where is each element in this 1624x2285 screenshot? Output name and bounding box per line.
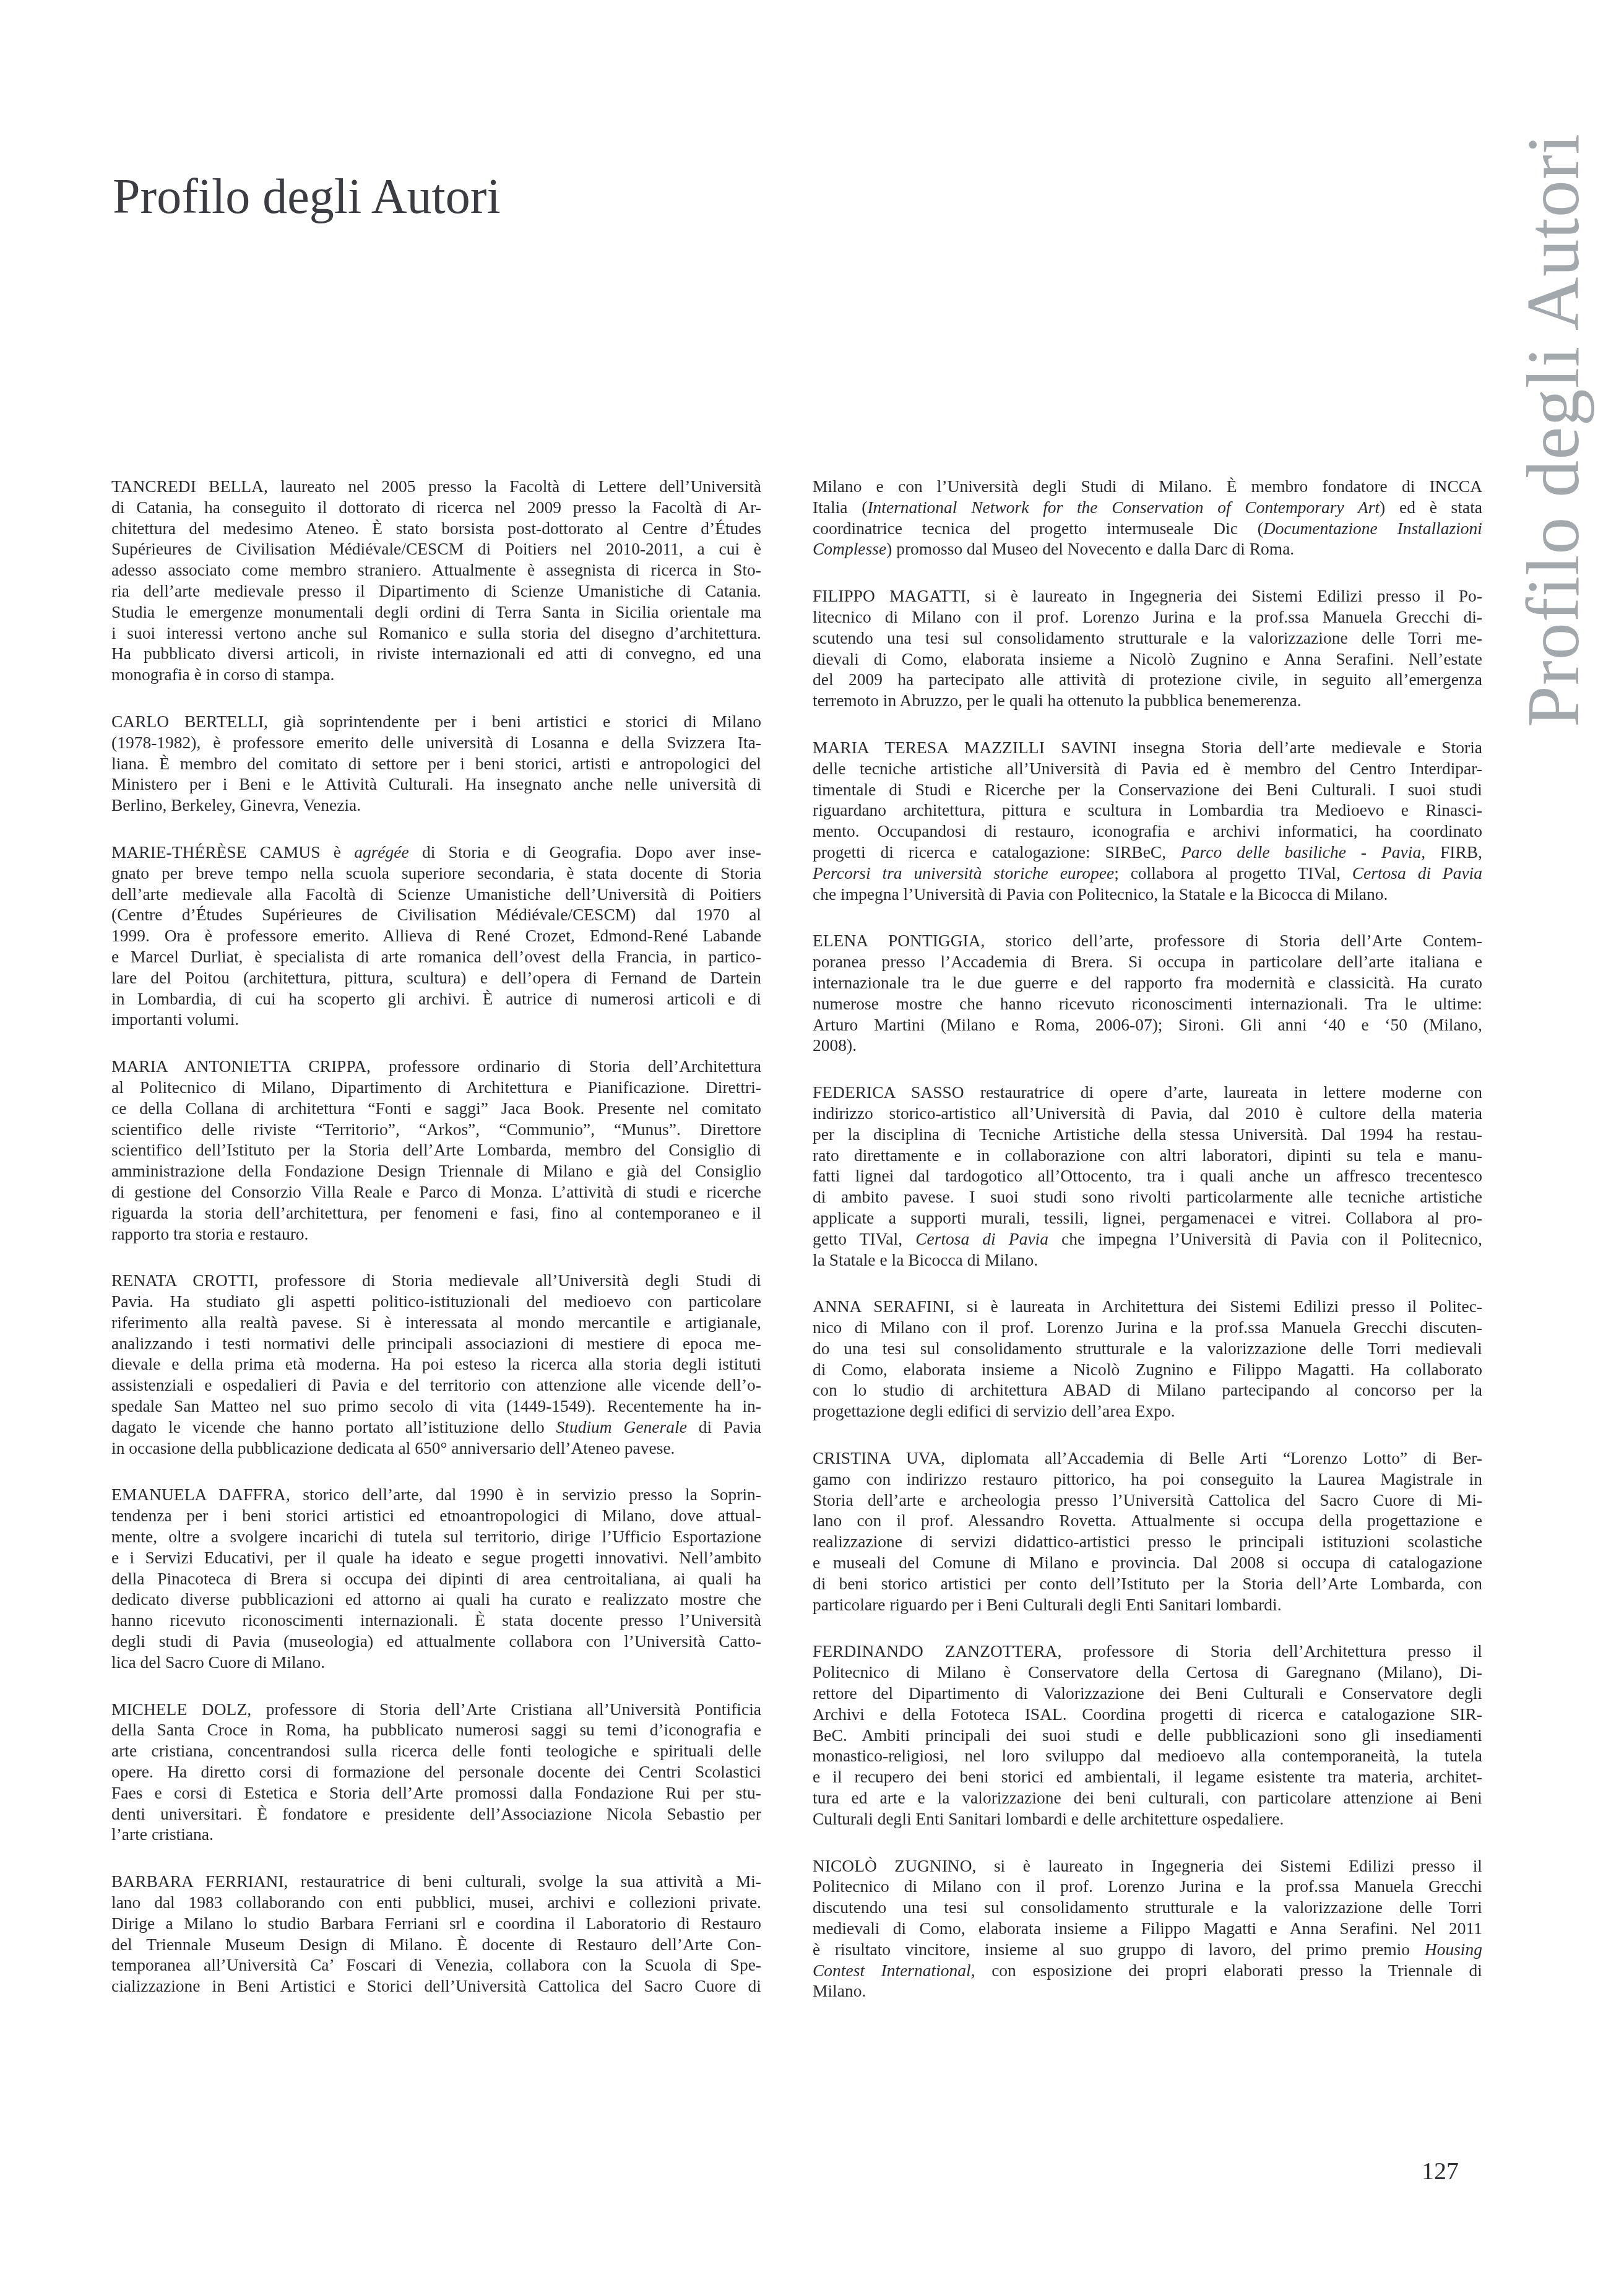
bio-line: adesso associato come membro straniero. … — [111, 559, 761, 581]
bio-line: gnato per breve tempo nella scuola super… — [111, 863, 761, 884]
author-bio: ELENA PONTIGGIA, storico dell’arte, prof… — [813, 930, 1482, 1056]
bio-line: Studia le emergenze monumentali degli or… — [111, 602, 761, 623]
bio-line: medievali di Como, elaborata insieme a F… — [813, 1918, 1482, 1939]
bio-line: la Statale e la Bicocca di Milano. — [813, 1250, 1482, 1271]
bio-line: Arturo Martini (Milano e Roma, 2006-07);… — [813, 1014, 1482, 1035]
bio-line: i suoi interessi vertono anche sul Roman… — [111, 623, 761, 644]
bio-line: MARIE-THÉRÈSE CAMUS è agrégée di Storia … — [111, 842, 761, 863]
bio-line: indirizzo storico-artistico all’Universi… — [813, 1103, 1482, 1124]
bio-line: arte cristiana, concentrandosi sulla ric… — [111, 1740, 761, 1761]
author-bio: MARIA ANTONIETTA CRIPPA, professore ordi… — [111, 1056, 761, 1244]
left-column: TANCREDI BELLA, laureato nel 2005 presso… — [111, 476, 761, 2023]
bio-line: dagato le vicende che hanno portato all’… — [111, 1417, 761, 1438]
bio-line: Politecnico di Milano con il prof. Loren… — [813, 1876, 1482, 1897]
bio-line: l’arte cristiana. — [111, 1824, 761, 1845]
bio-line: Ha pubblicato diversi articoli, in rivis… — [111, 643, 761, 664]
author-bio: ANNA SERAFINI, si è laureata in Architet… — [813, 1296, 1482, 1422]
bio-line: gamo con indirizzo restauro pittorico, h… — [813, 1469, 1482, 1490]
bio-line: Complesse) promosso dal Museo del Novece… — [813, 538, 1482, 559]
bio-line: degli studi di Pavia (museologia) ed att… — [111, 1631, 761, 1652]
bio-line: ce della Collana di architettura “Fonti … — [111, 1098, 761, 1119]
author-bio: MARIE-THÉRÈSE CAMUS è agrégée di Storia … — [111, 842, 761, 1030]
bio-line: che impegna l’Università di Pavia con Po… — [813, 884, 1482, 905]
bio-line: discutendo una tesi sul consolidamento s… — [813, 1897, 1482, 1918]
bio-line: temporanea all’Università Ca’ Foscari di… — [111, 1955, 761, 1976]
bio-line: liana. È membro del comitato di settore … — [111, 753, 761, 774]
bio-line: Faes e corsi di Estetica e Storia dell’A… — [111, 1782, 761, 1803]
bio-line: 2008). — [813, 1035, 1482, 1056]
bio-line: del 2009 ha partecipato alle attività di… — [813, 669, 1482, 690]
bio-line: RENATA CROTTI, professore di Storia medi… — [111, 1270, 761, 1291]
bio-line: con lo studio di architettura ABAD di Mi… — [813, 1380, 1482, 1401]
author-bio: EMANUELA DAFFRA, storico dell’arte, dal … — [111, 1484, 761, 1672]
author-bio: RENATA CROTTI, professore di Storia medi… — [111, 1270, 761, 1458]
bio-line: chitettura del medesimo Ateneo. È stato … — [111, 518, 761, 539]
bio-line: importanti volumi. — [111, 1009, 761, 1030]
bio-line: Politecnico di Milano è Conservatore del… — [813, 1662, 1482, 1683]
bio-line: lano dal 1983 collaborando con enti pubb… — [111, 1892, 761, 1913]
bio-line: EMANUELA DAFFRA, storico dell’arte, dal … — [111, 1484, 761, 1505]
bio-line: FEDERICA SASSO restauratrice di opere d’… — [813, 1082, 1482, 1103]
author-bio: FERDINANDO ZANZOTTERA, professore di Sto… — [813, 1641, 1482, 1829]
bio-line: TANCREDI BELLA, laureato nel 2005 presso… — [111, 476, 761, 497]
bio-line: CRISTINA UVA, diplomata all’Accademia di… — [813, 1448, 1482, 1469]
bio-line: Culturali degli Enti Sanitari lombardi e… — [813, 1808, 1482, 1829]
bio-line: fatti lignei dal tardogotico all’Ottocen… — [813, 1165, 1482, 1186]
bio-line: spedale San Matteo nel suo primo secolo … — [111, 1396, 761, 1417]
bio-line: delle tecniche artistiche all’Università… — [813, 758, 1482, 779]
bio-line: mento. Occupandosi di restauro, iconogra… — [813, 821, 1482, 842]
bio-line: hanno ricevuto riconoscimenti internazio… — [111, 1610, 761, 1631]
bio-line: particolare riguardo per i Beni Cultural… — [813, 1594, 1482, 1615]
bio-line: tura ed arte e la valorizzazione dei ben… — [813, 1787, 1482, 1808]
bio-line: progettazione degli edifici di servizio … — [813, 1401, 1482, 1422]
bio-line: assistenziali e ospedalieri di Pavia e d… — [111, 1375, 761, 1396]
bio-line: realizzazione di servizi didattico-artis… — [813, 1531, 1482, 1552]
bio-line: riguardano architettura, pittura e scult… — [813, 800, 1482, 821]
bio-line: analizzando i testi normativi delle prin… — [111, 1333, 761, 1354]
bio-line: Contest International, con esposizione d… — [813, 1960, 1482, 1981]
right-column: Milano e con l’Università degli Studi di… — [813, 476, 1482, 2028]
bio-line: Supérieures de Civilisation Médiévale/CE… — [111, 538, 761, 559]
side-running-title: Profilo degli Autori — [1507, 207, 1600, 727]
bio-line: BARBARA FERRIANI, restauratrice di beni … — [111, 1871, 761, 1892]
bio-line: rettore del Dipartimento di Valorizzazio… — [813, 1683, 1482, 1704]
bio-line: internazionale tra le due guerre e del r… — [813, 972, 1482, 993]
bio-line: mente, oltre a svolgere incarichi di tut… — [111, 1526, 761, 1547]
bio-line: getto TIVal, Certosa di Pavia che impegn… — [813, 1229, 1482, 1250]
bio-line: nico di Milano con il prof. Lorenzo Juri… — [813, 1317, 1482, 1338]
bio-line: terremoto in Abruzzo, per le quali ha ot… — [813, 690, 1482, 711]
bio-line: della Pinacoteca di Brera si occupa dei … — [111, 1568, 761, 1589]
bio-line: Dirige a Milano lo studio Barbara Ferria… — [111, 1913, 761, 1934]
bio-line: amministrazione della Fondazione Design … — [111, 1160, 761, 1181]
bio-line: litecnico di Milano con il prof. Lorenzo… — [813, 607, 1482, 628]
bio-line: di Como, elaborata insieme a Nicolò Zugn… — [813, 1359, 1482, 1380]
bio-line: dedicato diverse pubblicazioni ed attorn… — [111, 1589, 761, 1610]
bio-line: lano con il prof. Alessandro Rovetta. At… — [813, 1510, 1482, 1531]
bio-line: CARLO BERTELLI, già soprintendente per i… — [111, 711, 761, 732]
bio-line: Berlino, Berkeley, Ginevra, Venezia. — [111, 795, 761, 816]
bio-line: NICOLÒ ZUGNINO, si è laureato in Ingegne… — [813, 1855, 1482, 1877]
bio-line: di ambito pavese. I suoi studi sono rivo… — [813, 1186, 1482, 1207]
page-title: Profilo degli Autori — [113, 172, 501, 222]
bio-line: di gestione del Consorzio Villa Reale e … — [111, 1181, 761, 1203]
bio-line: scientifico dell’Istituto per la Storia … — [111, 1139, 761, 1160]
bio-line: Archivi e della Fototeca ISAL. Coordina … — [813, 1704, 1482, 1725]
bio-line: Italia (International Network for the Co… — [813, 497, 1482, 518]
bio-line: applicate a supporti murali, tessili, li… — [813, 1207, 1482, 1229]
bio-line: poranea presso l’Accademia di Brera. Si … — [813, 951, 1482, 972]
bio-line: ANNA SERAFINI, si è laureata in Architet… — [813, 1296, 1482, 1317]
bio-line: monastico-religiosi, nel loro sviluppo d… — [813, 1745, 1482, 1766]
bio-line: MARIA ANTONIETTA CRIPPA, professore ordi… — [111, 1056, 761, 1077]
author-bio: FILIPPO MAGATTI, si è laureato in Ingegn… — [813, 585, 1482, 711]
bio-line: coordinatrice tecnica del progetto inter… — [813, 518, 1482, 539]
bio-line: in occasione della pubblicazione dedicat… — [111, 1438, 761, 1459]
author-bio: TANCREDI BELLA, laureato nel 2005 presso… — [111, 476, 761, 685]
author-bio: Milano e con l’Università degli Studi di… — [813, 476, 1482, 559]
bio-line: dievali di Como, elaborata insieme a Nic… — [813, 649, 1482, 670]
bio-line: lica del Sacro Cuore di Milano. — [111, 1652, 761, 1673]
bio-line: Storia dell’arte e archeologia presso l’… — [813, 1490, 1482, 1511]
bio-line: in Lombardia, di cui ha scoperto gli arc… — [111, 988, 761, 1009]
bio-line: e il recupero dei beni storici ed ambien… — [813, 1766, 1482, 1787]
bio-line: Milano. — [813, 1980, 1482, 2002]
bio-line: dell’arte medievale alla Facoltà di Scie… — [111, 884, 761, 905]
bio-line: rato direttamente e in collaborazione co… — [813, 1145, 1482, 1166]
bio-line: e Marcel Durliat, è specialista di arte … — [111, 946, 761, 967]
bio-line: BeC. Ambiti principali dei suoi studi e … — [813, 1725, 1482, 1746]
bio-line: è risultato vincitore, insieme al suo gr… — [813, 1939, 1482, 1960]
bio-line: Milano e con l’Università degli Studi di… — [813, 476, 1482, 497]
author-bio: CRISTINA UVA, diplomata all’Accademia di… — [813, 1448, 1482, 1615]
bio-line: (1978-1982), è professore emerito delle … — [111, 732, 761, 753]
author-bio: MICHELE DOLZ, professore di Storia dell’… — [111, 1699, 761, 1846]
bio-line: di Catania, ha conseguito il dottorato d… — [111, 497, 761, 518]
bio-line: e i Servizi Educativi, per il quale ha i… — [111, 1547, 761, 1568]
bio-line: numerose mostre che hanno ricevuto ricon… — [813, 993, 1482, 1014]
bio-line: FILIPPO MAGATTI, si è laureato in Ingegn… — [813, 585, 1482, 607]
bio-line: opere. Ha diretto corsi di formazione de… — [111, 1761, 761, 1782]
bio-line: Ministero per i Beni e le Attività Cultu… — [111, 774, 761, 795]
bio-line: di beni storico artistici per conto dell… — [813, 1573, 1482, 1594]
bio-line: per la disciplina di Tecniche Artistiche… — [813, 1124, 1482, 1145]
author-bio: MARIA TERESA MAZZILLI SAVINI insegna Sto… — [813, 737, 1482, 904]
bio-line: scutendo una tesi sul consolidamento str… — [813, 628, 1482, 649]
author-bio: NICOLÒ ZUGNINO, si è laureato in Ingegne… — [813, 1855, 1482, 2002]
bio-line: cializzazione in Beni Artistici e Storic… — [111, 1976, 761, 1997]
bio-line: al Politecnico di Milano, Dipartimento d… — [111, 1077, 761, 1098]
bio-line: monografia è in corso di stampa. — [111, 664, 761, 685]
bio-line: dievale e della prima età moderna. Ha po… — [111, 1354, 761, 1375]
bio-line: ria dell’arte medievale presso il Dipart… — [111, 581, 761, 602]
bio-line: Percorsi tra università storiche europee… — [813, 863, 1482, 884]
bio-line: Pavia. Ha studiato gli aspetti politico-… — [111, 1291, 761, 1312]
bio-line: rapporto tra storia e restauro. — [111, 1224, 761, 1245]
bio-line: e museali del Comune di Milano e provinc… — [813, 1552, 1482, 1573]
bio-line: denti universitari. È fondatore e presid… — [111, 1803, 761, 1825]
bio-line: (Centre d’Études Supérieures de Civilisa… — [111, 904, 761, 925]
bio-line: progetti di ricerca e catalogazione: SIR… — [813, 842, 1482, 863]
bio-line: riguarda la storia dell’architettura, pe… — [111, 1203, 761, 1224]
bio-line: ELENA PONTIGGIA, storico dell’arte, prof… — [813, 930, 1482, 951]
author-bio: CARLO BERTELLI, già soprintendente per i… — [111, 711, 761, 816]
bio-line: 1999. Ora è professore emerito. Allieva … — [111, 925, 761, 946]
author-bio: BARBARA FERRIANI, restauratrice di beni … — [111, 1871, 761, 1997]
bio-line: do una tesi sul consolidamento struttura… — [813, 1338, 1482, 1359]
bio-line: MARIA TERESA MAZZILLI SAVINI insegna Sto… — [813, 737, 1482, 758]
bio-line: della Santa Croce in Roma, ha pubblicato… — [111, 1719, 761, 1740]
bio-line: FERDINANDO ZANZOTTERA, professore di Sto… — [813, 1641, 1482, 1662]
bio-line: MICHELE DOLZ, professore di Storia dell’… — [111, 1699, 761, 1720]
page-number: 127 — [1422, 2156, 1459, 2185]
bio-line: lare del Poitou (architettura, pittura, … — [111, 967, 761, 988]
author-bio: FEDERICA SASSO restauratrice di opere d’… — [813, 1082, 1482, 1270]
bio-line: tendenza per i beni storici artistici ed… — [111, 1505, 761, 1526]
bio-line: timentale di Studi e Ricerche per la Con… — [813, 779, 1482, 800]
bio-line: del Triennale Museum Design di Milano. È… — [111, 1934, 761, 1955]
bio-line: riferimento alla realtà pavese. Si è int… — [111, 1312, 761, 1333]
bio-line: scientifico delle riviste “Territorio”, … — [111, 1119, 761, 1140]
